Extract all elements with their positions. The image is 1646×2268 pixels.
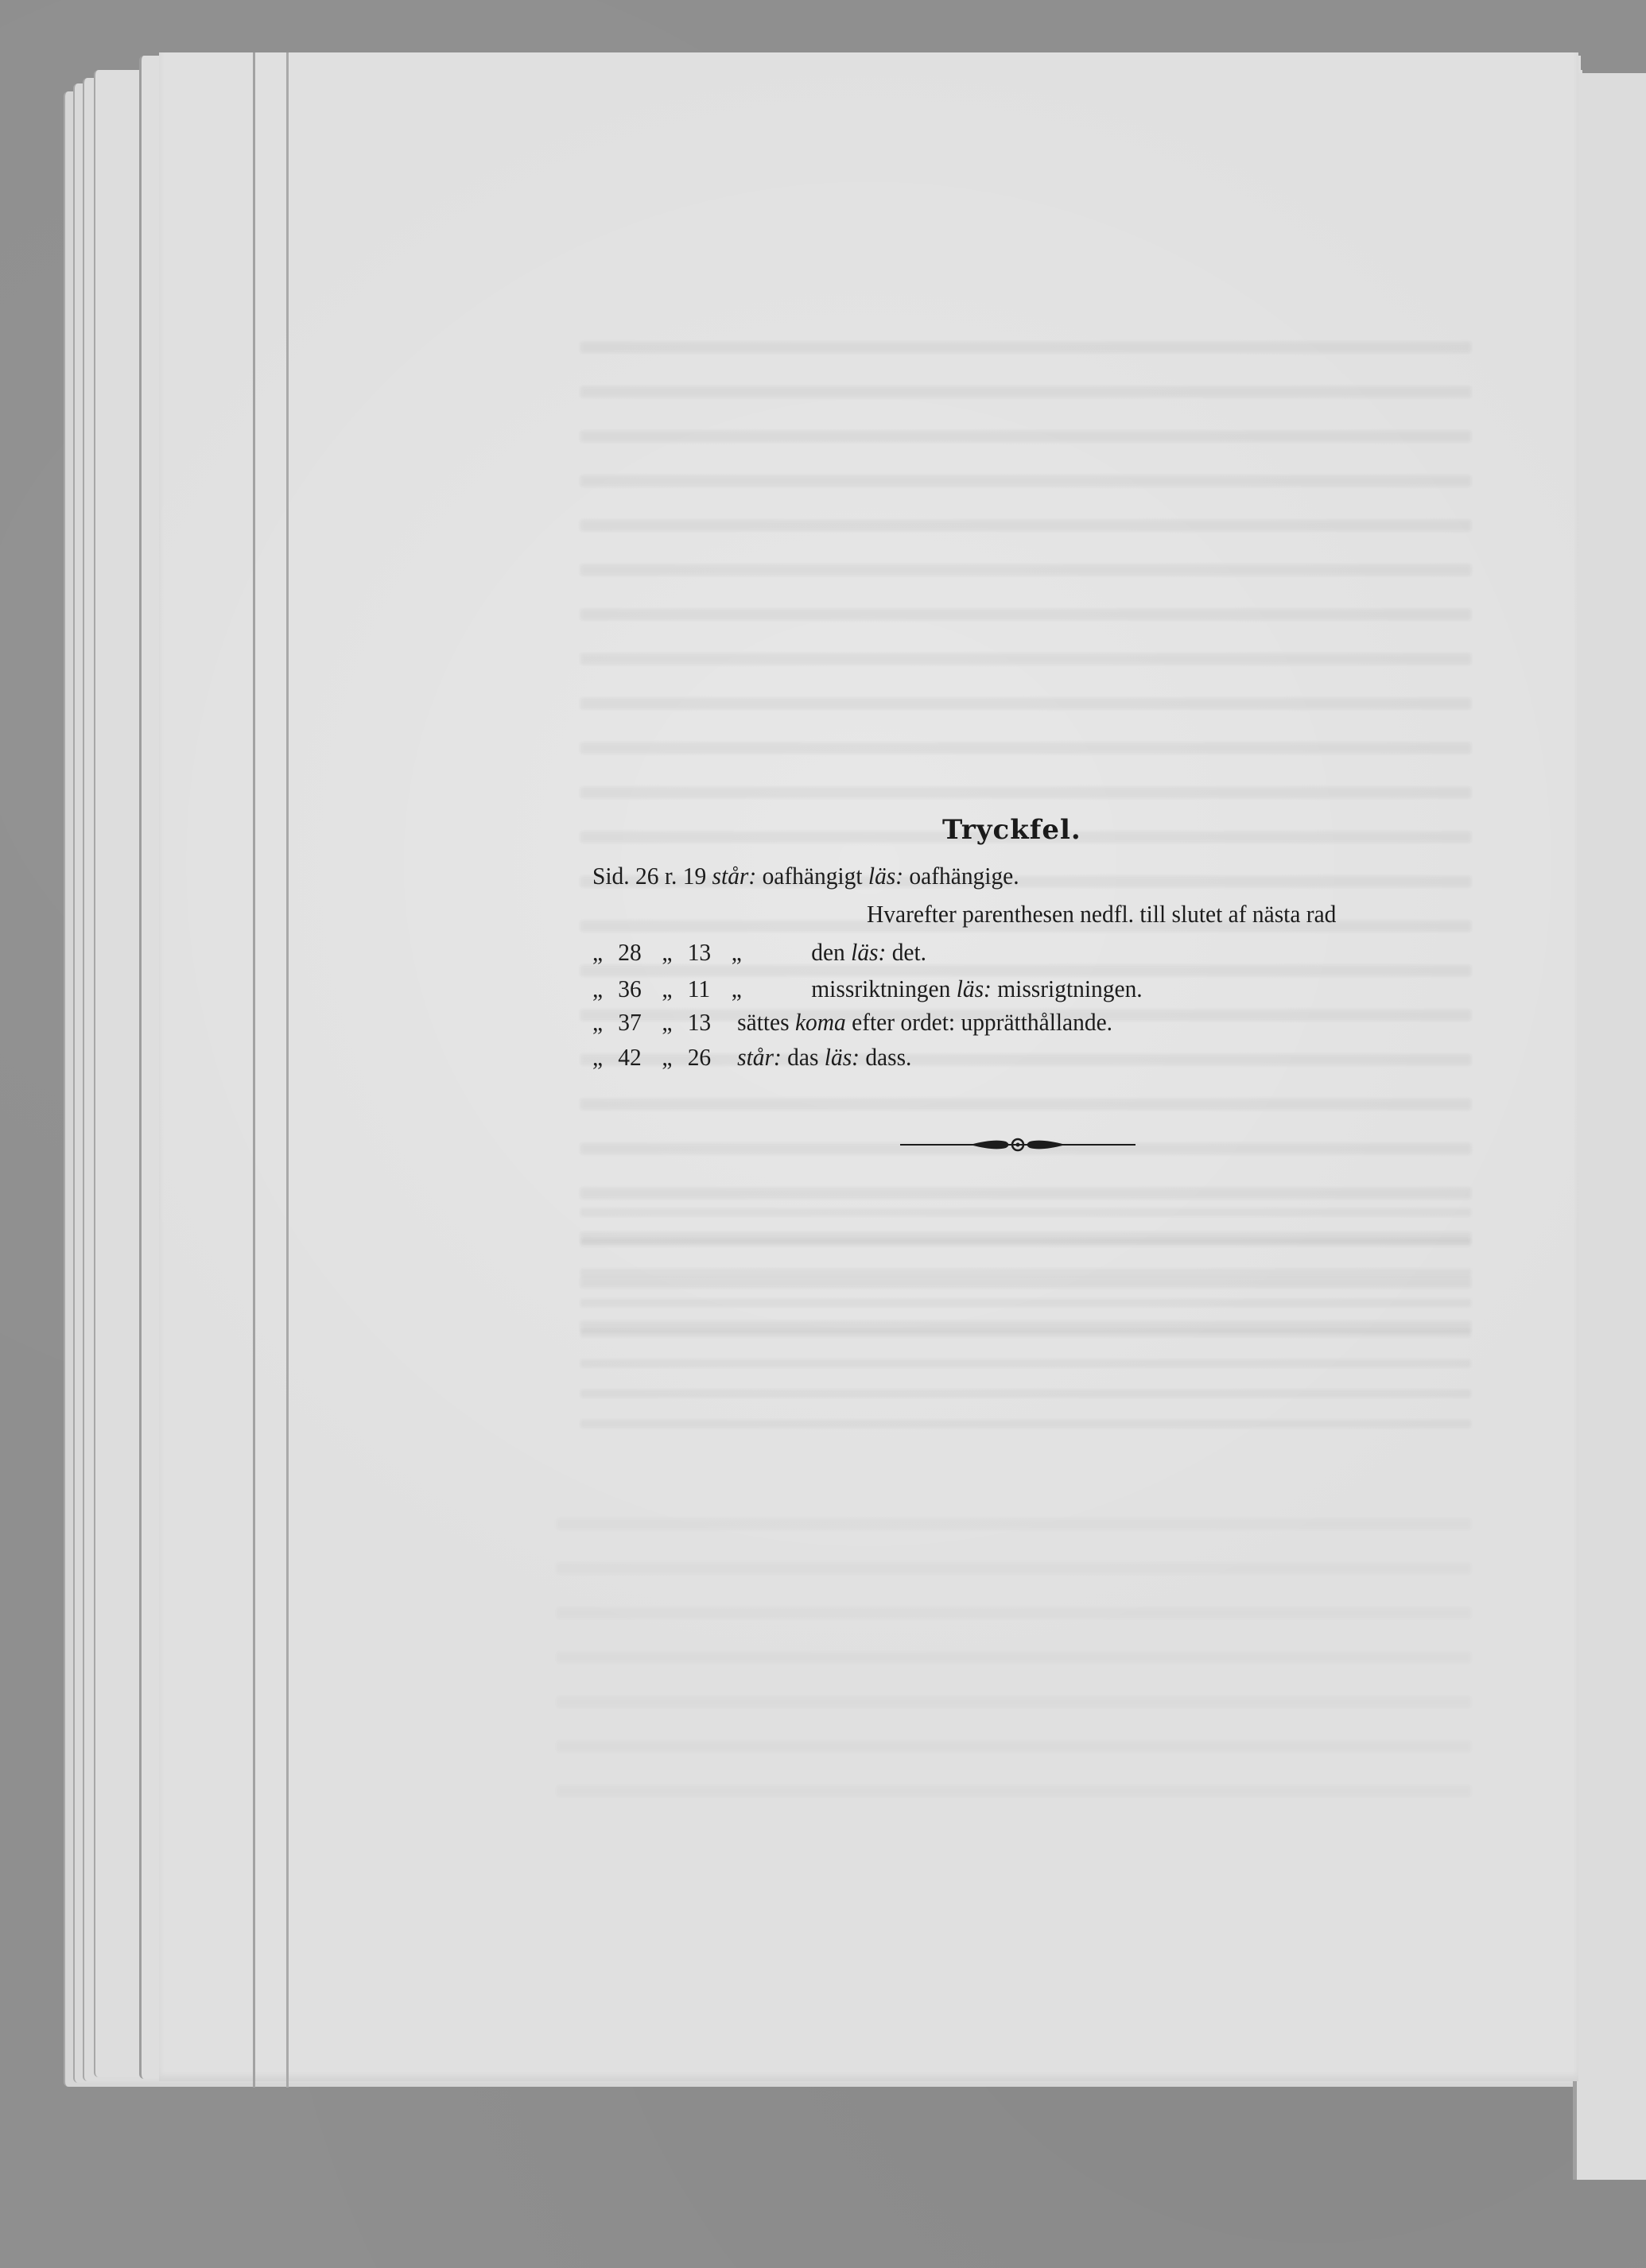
errata-entry: „37„13 sättes koma efter ordet: upprätth…	[592, 1010, 1112, 1034]
correct-text: det.	[892, 938, 926, 966]
ditto-mark: „	[732, 940, 806, 964]
page-ref-label: Sid.	[592, 862, 630, 890]
ditto-mark: „	[592, 1010, 618, 1034]
instruction-emphasis: koma	[795, 1008, 846, 1036]
wrong-text: oafhängigt	[763, 862, 863, 890]
ditto-mark: „	[592, 940, 618, 964]
wrong-text: missriktningen	[811, 975, 950, 1002]
correct-text: oafhängige.	[909, 862, 1019, 890]
correct-text: dass.	[865, 1043, 911, 1071]
reverse-side-footnote-showthrough	[580, 1192, 1471, 1447]
ditto-mark: „	[592, 976, 618, 1001]
errata-entry: „36„11„ missriktningen läs: missrigtning…	[592, 976, 1143, 1001]
instruction-text: efter ordet: upprätthållande.	[852, 1008, 1112, 1036]
wrong-text: das	[787, 1043, 818, 1071]
line-number: 11	[688, 976, 732, 1001]
errata-title: Tryckfel.	[942, 814, 1081, 846]
errata-continuation: Hvarefter parenthesen nedfl. till slutet…	[867, 901, 1336, 926]
line-number: 19	[683, 862, 706, 890]
ditto-mark: „	[732, 976, 806, 1001]
line-number: 13	[688, 1010, 732, 1034]
line-number: 26	[688, 1045, 732, 1069]
errata-entry: „42„26 står: das läs: dass.	[592, 1045, 911, 1069]
facing-page-edge	[1573, 73, 1646, 2180]
ditto-mark: „	[662, 1045, 687, 1069]
page-fold-line	[253, 52, 255, 2088]
line-number: 13	[688, 940, 732, 964]
page-number: 37	[618, 1010, 662, 1034]
ditto-mark: „	[662, 1010, 687, 1034]
read-label: läs:	[957, 975, 992, 1002]
read-label: läs:	[868, 862, 903, 890]
correct-text: missrigtningen.	[997, 975, 1142, 1002]
stands-marker: står:	[712, 862, 757, 890]
read-label: läs:	[825, 1043, 860, 1071]
stands-marker: står:	[737, 1043, 782, 1071]
page-number: 28	[618, 940, 662, 964]
page-number: 26	[635, 862, 658, 890]
instruction-text: sättes	[737, 1008, 789, 1036]
ornament-rule-icon	[899, 1135, 1137, 1154]
reverse-side-showthrough-faint	[557, 1495, 1471, 1812]
read-label: läs:	[851, 938, 886, 966]
ditto-mark: „	[592, 1045, 618, 1069]
wrong-text: den	[811, 938, 845, 966]
line-ref-label: r.	[665, 862, 677, 890]
errata-entry: „28„13„ den läs: det.	[592, 940, 926, 964]
page-number: 36	[618, 976, 662, 1001]
page-number: 42	[618, 1045, 662, 1069]
page-fold-line	[286, 52, 289, 2088]
ditto-mark: „	[662, 976, 687, 1001]
errata-entry: Sid. 26 r. 19 står: oafhängigt läs: oafh…	[592, 863, 1019, 888]
ditto-mark: „	[662, 940, 687, 964]
